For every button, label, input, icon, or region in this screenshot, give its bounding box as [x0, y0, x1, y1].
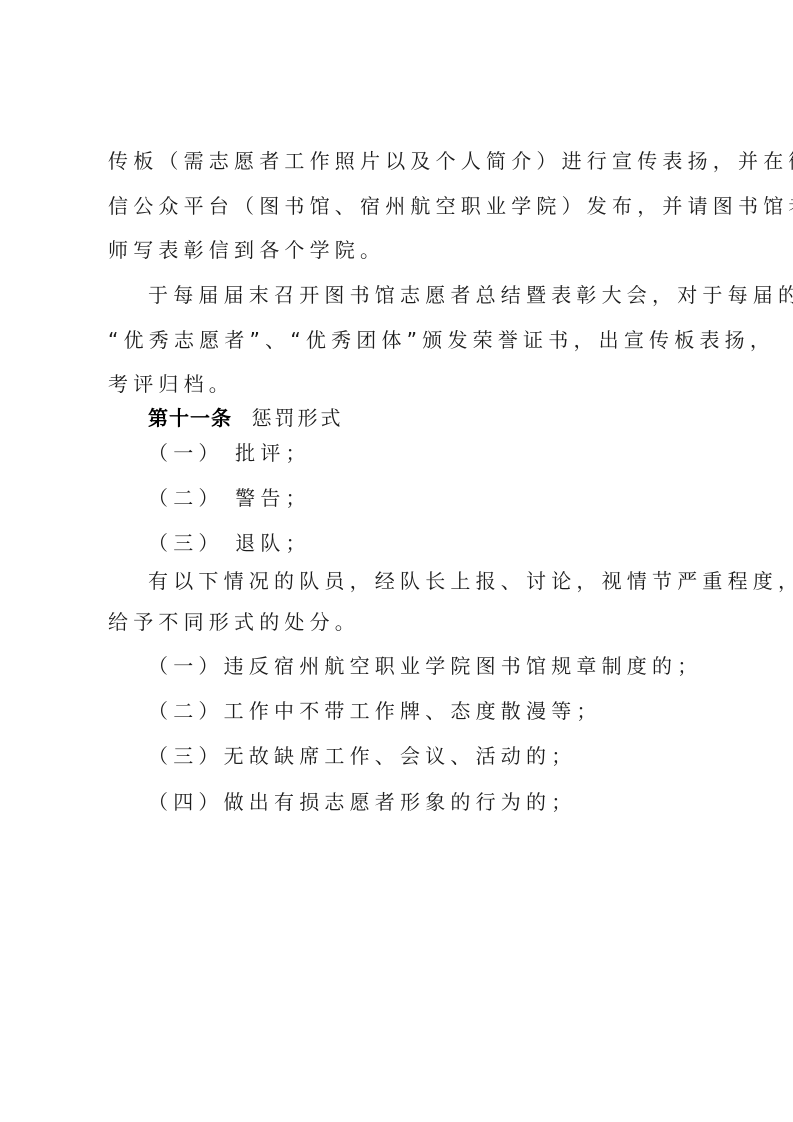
paragraph-1-line-2: 信公众平台（图书馆、宿州航空职业学院）发布，并请图书馆老 — [108, 194, 793, 218]
punishment-form-2: （二） 警告； — [148, 486, 311, 510]
paragraph-1-line-3: 师写表彰信到各个学院。 — [108, 238, 385, 262]
condition-2: （二）工作中不带工作牌、态度散漫等； — [148, 699, 602, 723]
document-page: 传板（需志愿者工作照片以及个人简介）进行宣传表扬，并在微 信公众平台（图书馆、宿… — [0, 0, 793, 1122]
article-number: 第十一条 — [148, 406, 232, 430]
paragraph-2-line-1: 于每届届末召开图书馆志愿者总结暨表彰大会，对于每届的 — [148, 283, 793, 307]
condition-3: （三）无故缺席工作、会议、活动的； — [148, 744, 576, 768]
condition-paragraph-line-1: 有以下情况的队员，经队长上报、讨论，视情节严重程度， — [148, 569, 793, 593]
condition-4: （四）做出有损志愿者形象的行为的； — [148, 790, 576, 814]
punishment-form-3: （三） 退队； — [148, 531, 311, 555]
paragraph-1-line-1: 传板（需志愿者工作照片以及个人简介）进行宣传表扬，并在微 — [108, 149, 793, 173]
paragraph-2-line-2: “优秀志愿者”、“优秀团体”颁发荣誉证书，出宣传板表扬， — [108, 328, 775, 352]
article-title: 惩罚形式 — [252, 406, 344, 430]
article-heading: 第十一条 惩罚形式 — [148, 406, 344, 430]
punishment-form-1: （一） 批评； — [148, 441, 311, 465]
condition-1: （一）违反宿州航空职业学院图书馆规章制度的； — [148, 654, 702, 678]
condition-paragraph-line-2: 给予不同形式的处分。 — [108, 610, 360, 634]
paragraph-2-line-3: 考评归档。 — [108, 372, 234, 396]
